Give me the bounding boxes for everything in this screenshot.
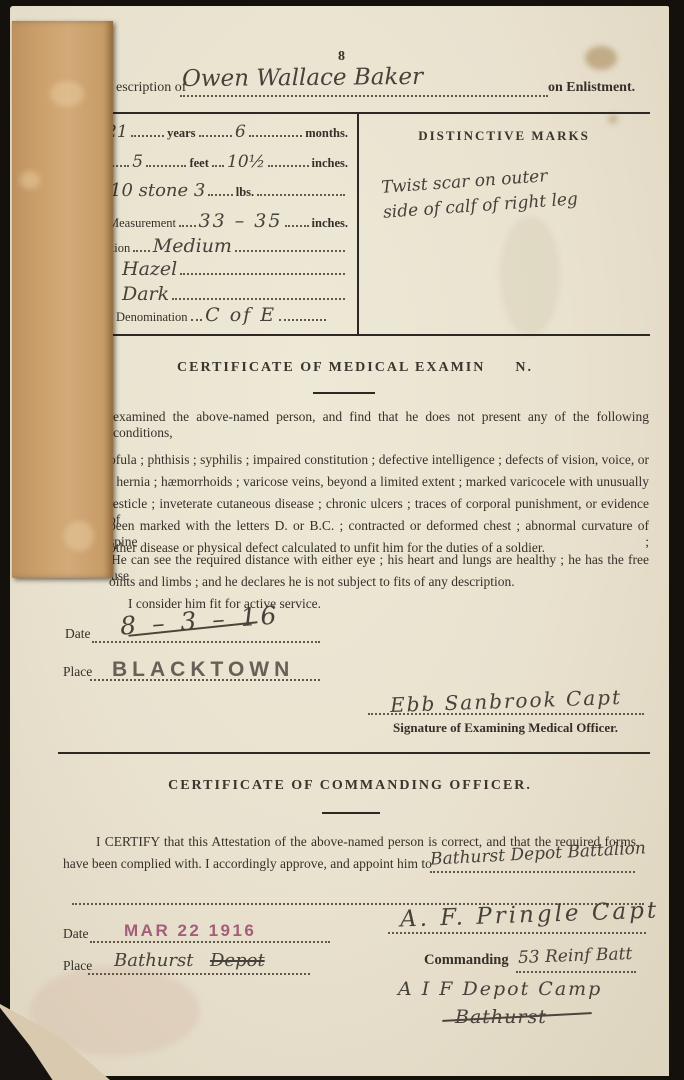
on-enlistment-label: on Enlistment. [548,80,635,96]
chest-row: Measurement 33 – 35 inches. [108,210,348,232]
commanding-unit-dotted-line [516,970,636,973]
commanding-label: Commanding [424,952,509,969]
chest-measurement-label: Measurement [108,216,176,231]
medical-date-dotted-line [92,640,320,643]
distinctive-marks-title: DISTINCTIVE MARKS [359,128,649,144]
conditions-line: been marked with the letters D. or B.C. … [109,518,649,540]
eyes-value: Hazel [122,258,177,280]
tape-blotch [20,171,40,189]
medical-place-dotted-line [90,678,320,681]
age-unit-label: years [167,126,195,141]
commanding-certificate-title: CERTIFICATE OF COMMANDING OFFICER. [140,778,560,794]
commanding-signature-dotted-line [388,931,646,934]
date-stamp: MAR 22 1916 [124,921,256,941]
commanding-unit-value: 53 Reinf Batt [518,944,633,968]
age-months-value: 6 [235,122,246,142]
sight-statement-line2: oints and limbs ; and he declares he is … [109,574,647,590]
medical-title-rule [313,392,375,394]
conditions-line: ofula ; phthisis ; syphilis ; impaired c… [109,452,649,474]
conditions-line: testicle ; inveterate cutaneous disease … [109,496,649,518]
header-dotted-line [180,94,548,97]
weight-unit-label: lbs. [236,185,254,200]
medical-signature-caption: Signature of Examining Medical Officer. [393,720,618,736]
table-top-border [36,112,650,114]
medical-certificate-title: CERTIFICATE OF MEDICAL EXAMINN. [115,360,595,376]
paper-stain [585,46,617,70]
table-divider [357,112,359,336]
complexion-value: Medium [153,235,232,257]
religion-row: s Denomination C of E [108,304,348,326]
age-months-unit-label: months. [305,126,348,141]
scanned-attestation-page: 8 escription of Owen Wallace Baker on En… [0,0,684,1080]
section-divider-rule [58,752,650,754]
paper-stain [500,216,560,336]
hair-value: Dark [122,283,169,305]
medical-title-left: CERTIFICATE OF MEDICAL EXAMIN [177,360,485,375]
conditions-line: ; hernia ; hæmorrhoids ; varicose veins,… [109,474,649,496]
hair-row: Dark [122,283,348,305]
recruit-name: Owen Wallace Baker [182,64,423,92]
commanding-date-label: Date [63,926,88,942]
height-inches-unit-label: inches. [312,156,348,171]
complexion-row: xion Medium [108,235,348,257]
medical-intro-line: examined the above-named person, and fin… [113,409,649,441]
tape-blotch [50,81,84,107]
weight-row: 10 stone 3 lbs. [110,180,348,201]
page-number: 8 [338,49,345,65]
chest-value: 33 – 35 [199,210,283,232]
height-row: 5 feet 10½ inches. [106,152,348,172]
medical-signature-dotted-line [368,712,644,715]
description-of-label: escription of [116,80,186,96]
tape-blotch [64,521,94,551]
commanding-body-line2: have been complied with. I accordingly a… [63,856,432,872]
paper-stain [608,114,618,124]
commanding-place-value: Bathurst [114,950,193,971]
chest-unit-label: inches. [312,216,348,231]
eyes-row: Hazel [122,258,348,280]
height-inches-value: 10½ [227,152,265,172]
medical-date-label: Date [65,626,90,642]
table-bottom-border [36,334,650,336]
distinctive-marks-entry: Twist scar on outer side of calf of righ… [381,164,579,223]
religious-denomination-label: s Denomination [108,310,188,325]
tape-strip [12,21,113,578]
medical-conditions-paragraph: ofula ; phthisis ; syphilis ; impaired c… [109,452,649,562]
weight-value: 10 stone 3 [110,180,205,201]
height-feet-unit-label: feet [189,156,208,171]
medical-title-right: N. [515,360,533,375]
commanding-title-rule [322,812,380,814]
religion-value: C of E [205,304,276,326]
commanding-place-dotted-line [88,972,310,975]
commanding-place-struck-word: Depot [210,950,265,971]
appointment-dotted-line [430,870,635,873]
height-feet-value: 5 [132,152,143,172]
commanding-date-dotted-line [90,940,330,943]
unit-line2: A I F Depot Camp [398,978,602,1000]
medical-place-label: Place [63,664,92,680]
age-row: 21 years 6 months. [106,122,348,142]
